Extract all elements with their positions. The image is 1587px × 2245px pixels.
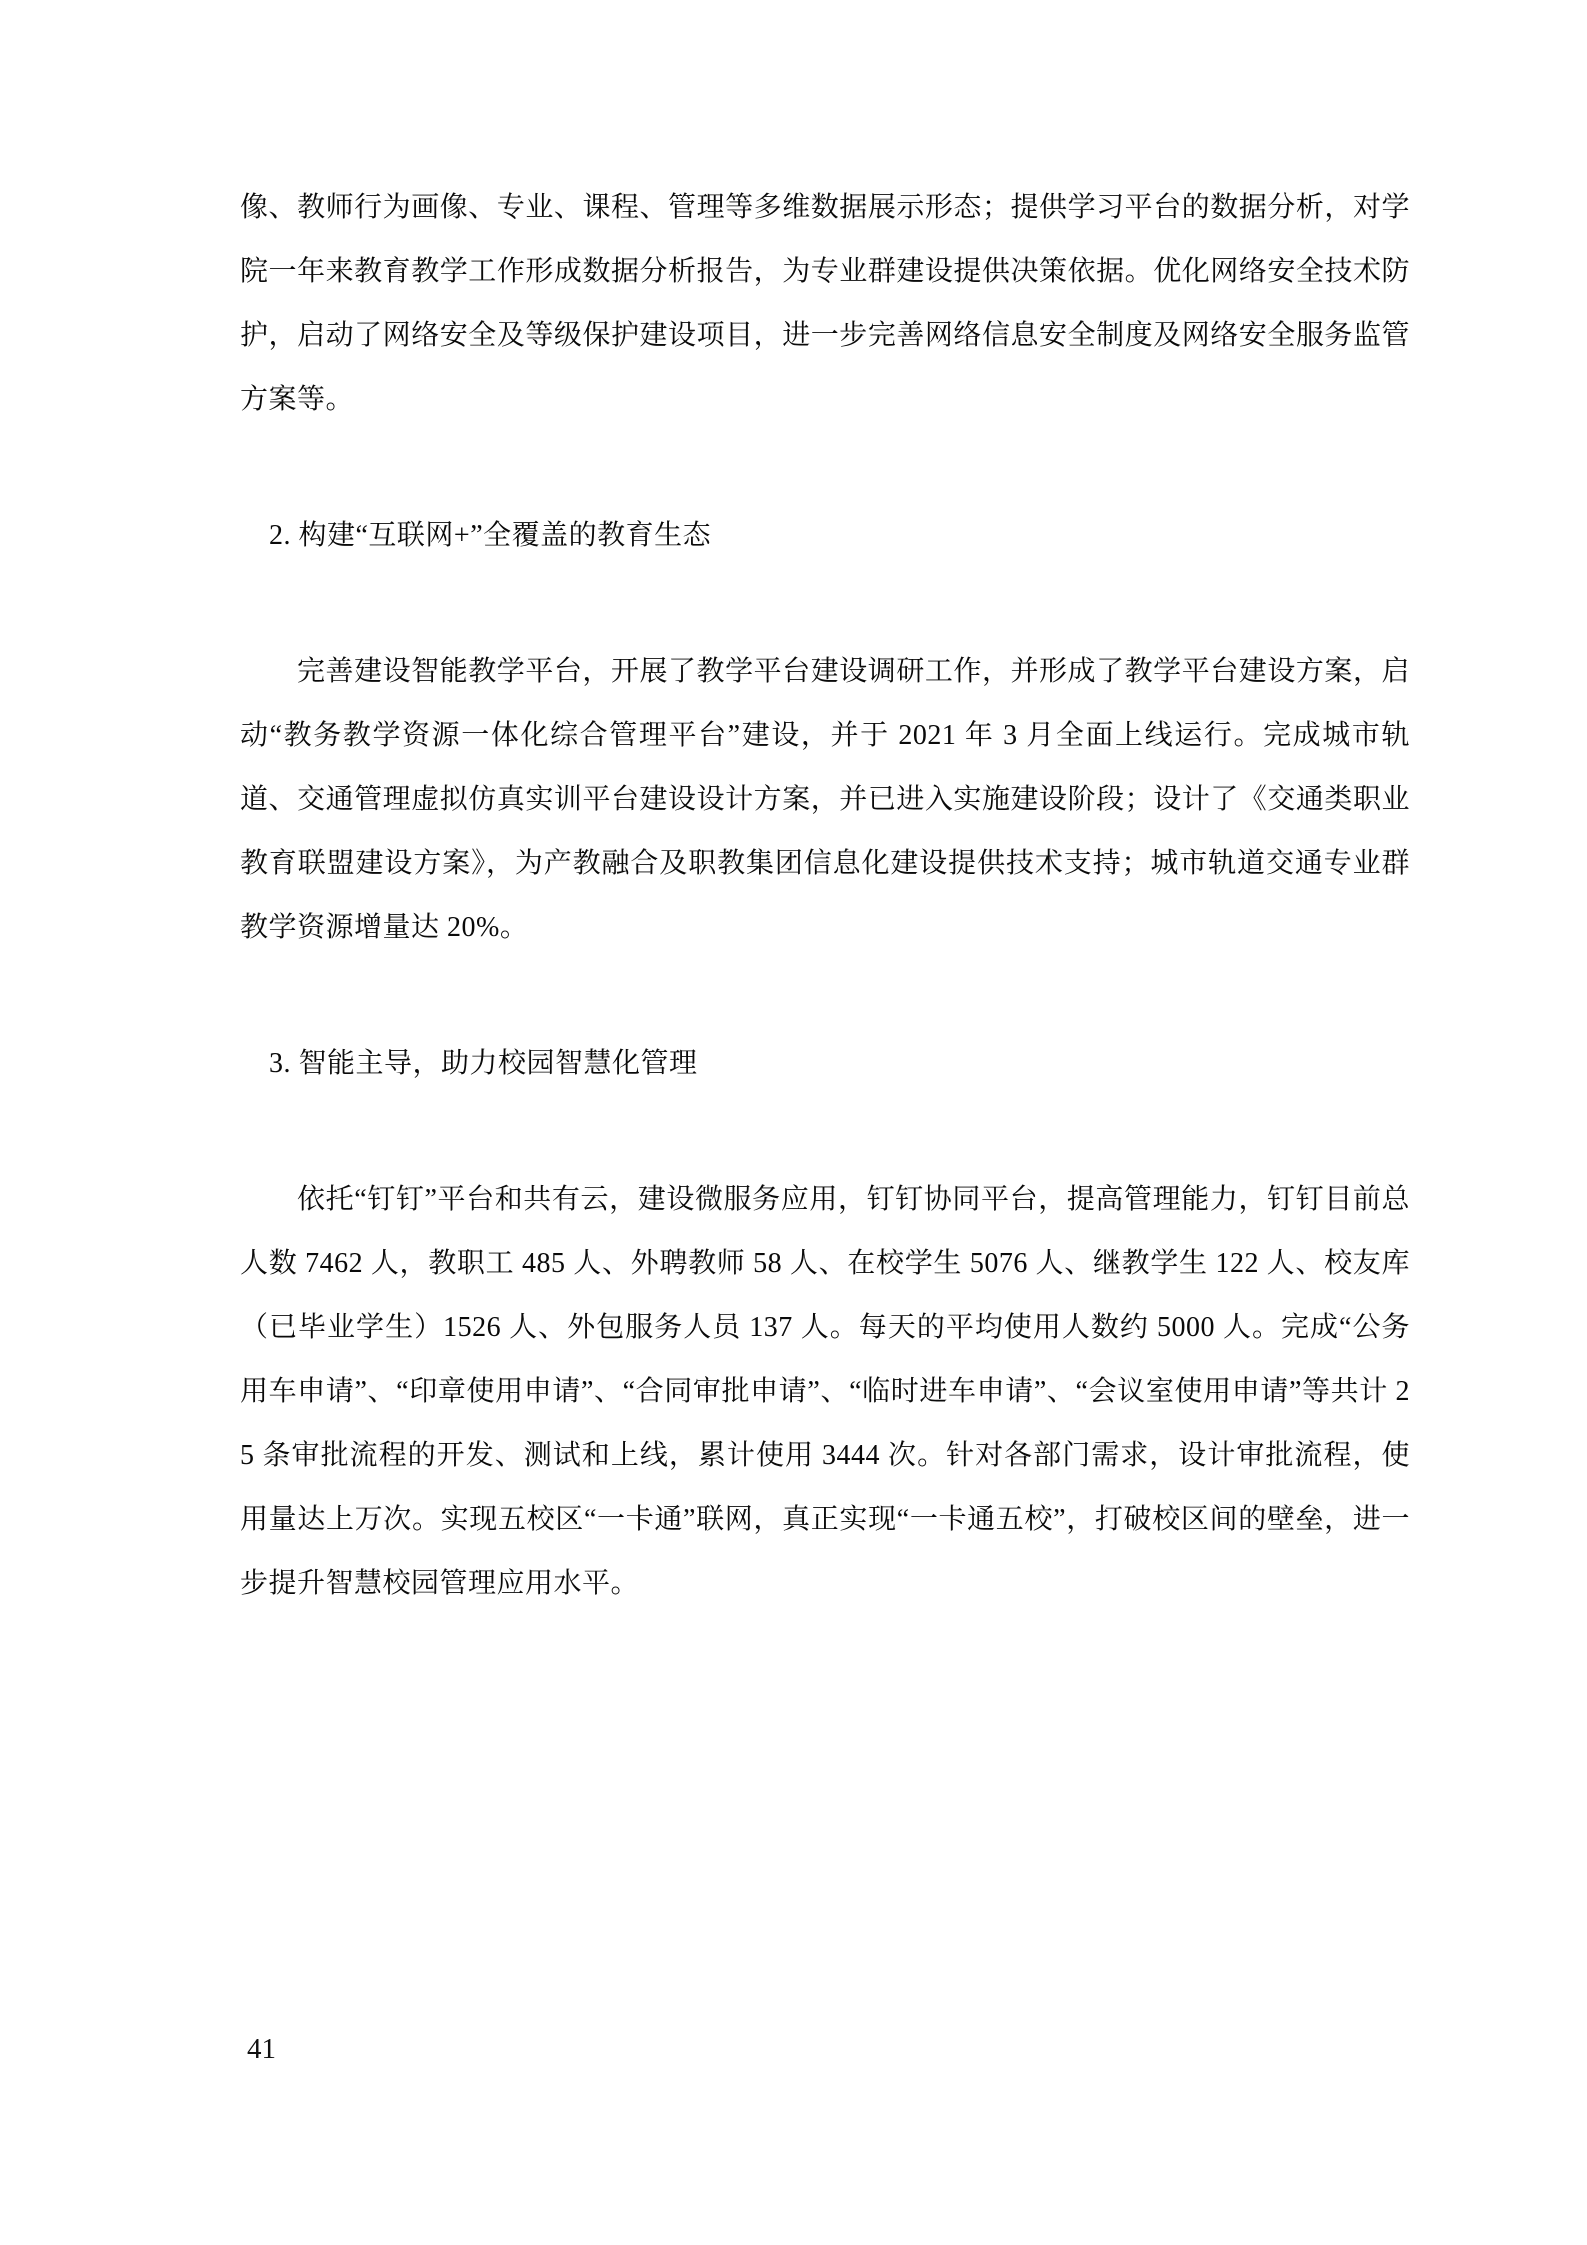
- paragraph-section-2: 完善建设智能教学平台，开展了教学平台建设调研工作，并形成了教学平台建设方案，启动…: [240, 640, 1410, 960]
- paragraph-section-3: 依托“钉钉”平台和共有云，建设微服务应用，钉钉协同平台，提高管理能力，钉钉目前总…: [240, 1168, 1410, 1616]
- page-number: 41: [247, 2032, 276, 2066]
- section-heading-3: 3. 智能主导，助力校园智慧化管理: [240, 1032, 1410, 1096]
- paragraph-continuation: 像、教师行为画像、专业、课程、管理等多维数据展示形态；提供学习平台的数据分析，对…: [240, 176, 1410, 432]
- page-content: 像、教师行为画像、专业、课程、管理等多维数据展示形态；提供学习平台的数据分析，对…: [240, 0, 1410, 1688]
- section-heading-2: 2. 构建“互联网+”全覆盖的教育生态: [240, 504, 1410, 568]
- document-page: 像、教师行为画像、专业、课程、管理等多维数据展示形态；提供学习平台的数据分析，对…: [0, 0, 1587, 2245]
